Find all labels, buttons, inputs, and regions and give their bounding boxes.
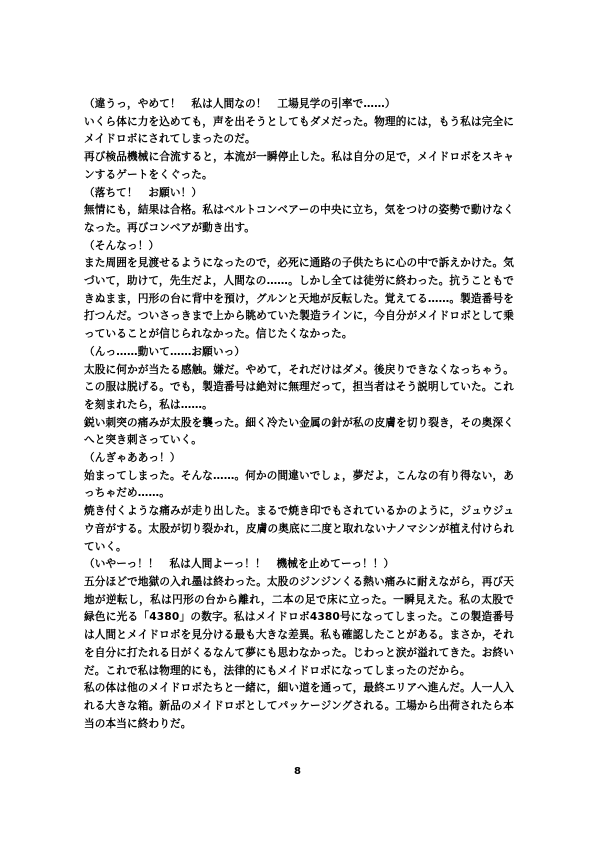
dialogue-line: （違うっ，やめて！ 私は人間なの！ 工場見学の引率で……） bbox=[84, 96, 514, 114]
narration-paragraph: 再び検品機械に合流すると，本流が一瞬停止した。私は自分の足で，メイドロボをスキャ… bbox=[84, 149, 514, 184]
narration-paragraph: 始まってしまった。そんな……。何かの間違いでしょ，夢だよ，こんなの有り得ない，あ… bbox=[84, 468, 514, 503]
dialogue-line: （落ちて！ お願い！） bbox=[84, 185, 514, 203]
narration-paragraph: 太股に何かが当たる感触。嫌だ。やめて，それだけはダメ。後戻りできなくなっちゃう。… bbox=[84, 362, 514, 415]
dialogue-line: （んっ……動いて……お願いっ） bbox=[84, 344, 514, 362]
narration-paragraph: また周囲を見渡せるようになったので，必死に通路の子供たちに心の中で訴えかけた。気… bbox=[84, 255, 514, 344]
narration-paragraph: 焼き付くような痛みが走り出した。まるで焼き印でもされているかのように，ジュウジュ… bbox=[84, 503, 514, 556]
dialogue-line: （そんなっ！） bbox=[84, 238, 514, 256]
document-page: （違うっ，やめて！ 私は人間なの！ 工場見学の引率で……） いくら体に力を込めて… bbox=[0, 0, 595, 842]
dialogue-line: （んぎゃああっ！） bbox=[84, 450, 514, 468]
narration-paragraph: いくら体に力を込めても，声を出そうとしてもダメだった。物理的には，もう私は完全に… bbox=[84, 114, 514, 149]
body-text: （違うっ，やめて！ 私は人間なの！ 工場見学の引率で……） いくら体に力を込めて… bbox=[84, 96, 514, 733]
narration-paragraph: 鋭い刺突の痛みが太股を襲った。細く冷たい金属の針が私の皮膚を切り裂き，その奥深く… bbox=[84, 415, 514, 450]
narration-paragraph: 無情にも，結果は合格。私はベルトコンベアーの中央に立ち，気をつけの姿勢で動けなく… bbox=[84, 202, 514, 237]
narration-paragraph: 私の体は他のメイドロボたちと一緒に，細い道を通って，最終エリアへ進んだ。人一人入… bbox=[84, 680, 514, 733]
narration-paragraph: 五分ほどで地獄の入れ墨は終わった。太股のジンジンくる熱い痛みに耐えながら，再び天… bbox=[84, 574, 514, 680]
page-number: 8 bbox=[0, 766, 595, 777]
dialogue-line: （いやーっ！！ 私は人間よーっ！！ 機械を止めてーっ！！） bbox=[84, 556, 514, 574]
